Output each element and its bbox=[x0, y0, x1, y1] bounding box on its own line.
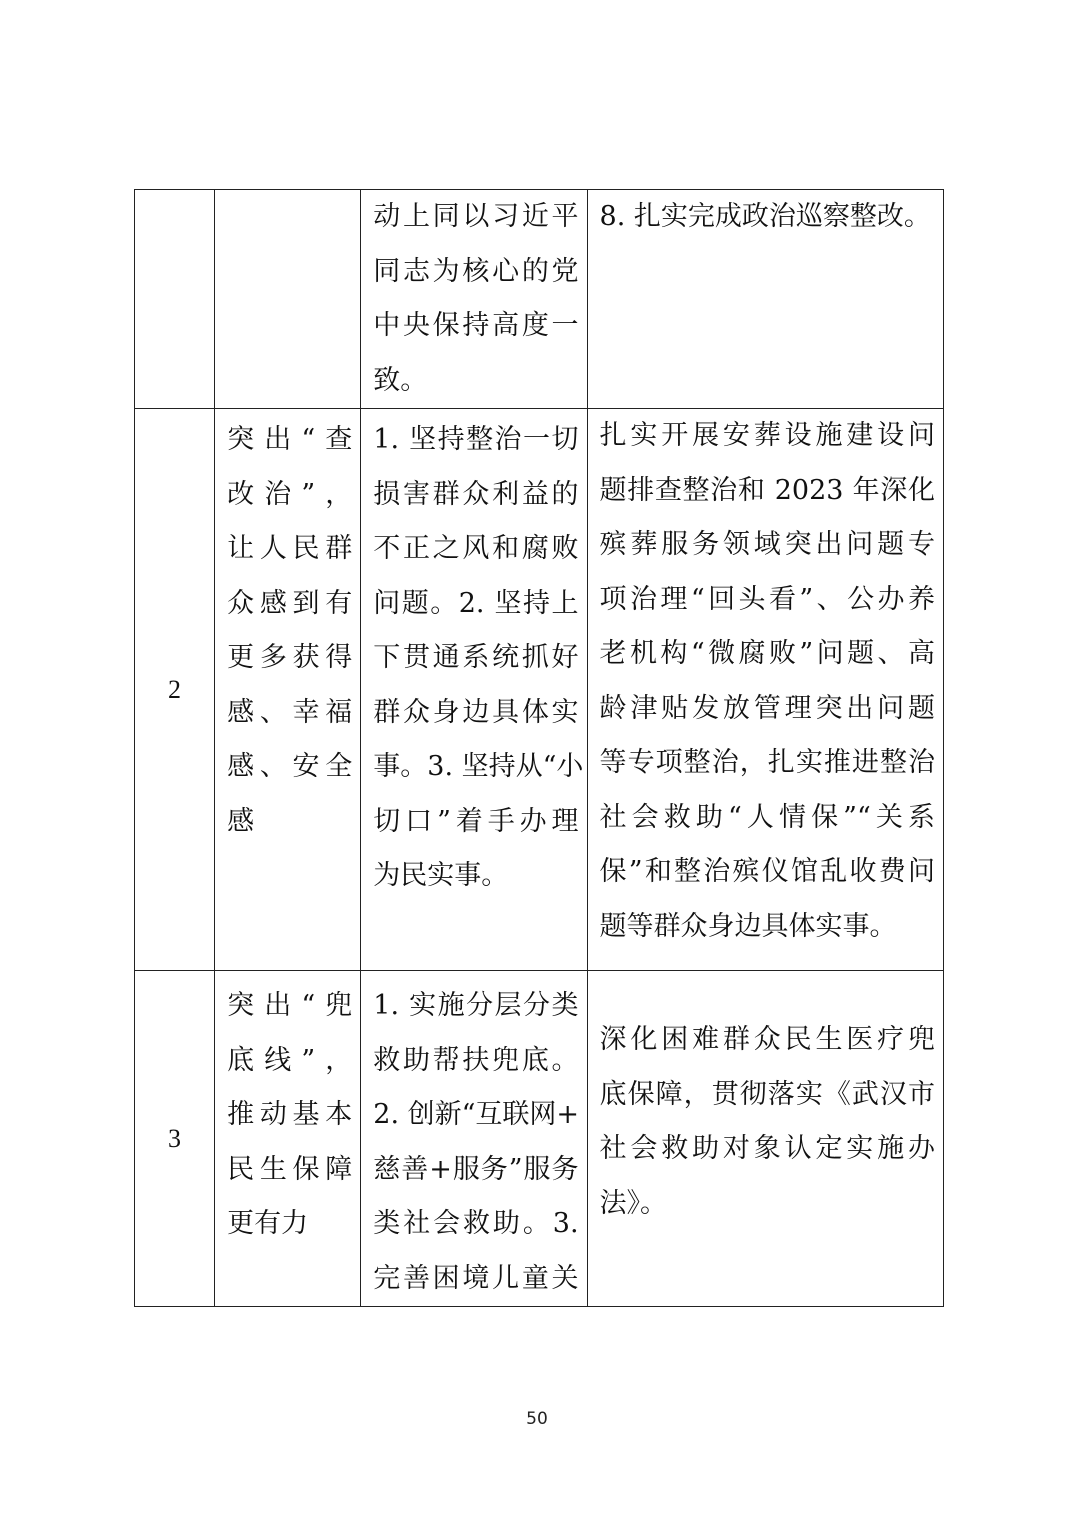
text-line: 题等群众身边具体实事。 bbox=[600, 900, 935, 955]
text-line: 底保障，贯彻落实《武汉市 bbox=[600, 1068, 935, 1123]
table-row: 3 突出“兜 底线”， 推动基本 民生保障 更有力 1. 实施分层分类 救助帮扶… bbox=[135, 971, 944, 1307]
text-line: 同志为核心的党 bbox=[373, 245, 578, 300]
text-line: 感、幸福 bbox=[227, 686, 352, 741]
text-line: 更多获得 bbox=[227, 631, 352, 686]
row-number bbox=[135, 190, 215, 409]
text-line: 致。 bbox=[373, 354, 578, 409]
text-line: 突出“兜 bbox=[227, 979, 352, 1034]
text-line: 更有力 bbox=[227, 1197, 352, 1252]
table-row: 动上同以习近平 同志为核心的党 中央保持高度一 致。 8. 扎实完成政治巡察整改… bbox=[135, 190, 944, 409]
text-line: 1. 实施分层分类 bbox=[373, 979, 578, 1034]
text-line: 改治”， bbox=[227, 468, 352, 523]
text-line: 2. 创新“互联网+ bbox=[373, 1088, 578, 1143]
measure-cell: 动上同以习近平 同志为核心的党 中央保持高度一 致。 bbox=[361, 190, 587, 409]
detail-cell: 扎实开展安葬设施建设问 题排查整治和 2023 年深化 殡葬服务领域突出问题专 … bbox=[587, 409, 943, 971]
detail-cell: 8. 扎实完成政治巡察整改。 bbox=[587, 190, 943, 409]
text-line: 问题。2. 坚持上 bbox=[373, 577, 578, 632]
text-line: 让人民群 bbox=[227, 522, 352, 577]
text-line: 突出“查 bbox=[227, 413, 352, 468]
text-line: 中央保持高度一 bbox=[373, 299, 578, 354]
text-line: 救助帮扶兜底。 bbox=[373, 1034, 578, 1089]
text-line: 扎实开展安葬设施建设问 bbox=[600, 409, 935, 464]
text-line: 深化困难群众民生医疗兜 bbox=[600, 1013, 935, 1068]
text-line: 民生保障 bbox=[227, 1143, 352, 1198]
text-line: 老机构“微腐败”问题、高 bbox=[600, 627, 935, 682]
text-line: 感、安全 bbox=[227, 740, 352, 795]
text-line: 8. 扎实完成政治巡察整改。 bbox=[600, 190, 935, 245]
text-line: 切口”着手办理 bbox=[373, 795, 578, 850]
text-line: 群众身边具体实 bbox=[373, 686, 578, 741]
text-line: 社会救助对象认定实施办 bbox=[600, 1122, 935, 1177]
text-line: 感 bbox=[227, 795, 352, 850]
text-line: 类社会救助。3. bbox=[373, 1197, 578, 1252]
task-title-cell: 突出“查 改治”， 让人民群 众感到有 更多获得 感、幸福 感、安全 感 bbox=[215, 409, 361, 971]
text-line: 殡葬服务领域突出问题专 bbox=[600, 518, 935, 573]
text-line: 法》。 bbox=[600, 1177, 935, 1232]
text-line: 底线”， bbox=[227, 1034, 352, 1089]
text-line: 保”和整治殡仪馆乱收费问 bbox=[600, 845, 935, 900]
detail-cell: 深化困难群众民生医疗兜 底保障，贯彻落实《武汉市 社会救助对象认定实施办 法》。 bbox=[587, 971, 943, 1307]
text-line: 龄津贴发放管理突出问题 bbox=[600, 682, 935, 737]
text-line: 下贯通系统抓好 bbox=[373, 631, 578, 686]
row-number: 3 bbox=[135, 971, 215, 1307]
text-line: 社会救助“人情保”“关系 bbox=[600, 791, 935, 846]
text-line: 不正之风和腐败 bbox=[373, 522, 578, 577]
task-title-cell bbox=[215, 190, 361, 409]
text-line: 等专项整治，扎实推进整治 bbox=[600, 736, 935, 791]
text-line: 题排查整治和 2023 年深化 bbox=[600, 464, 935, 519]
page-number: 50 bbox=[0, 1409, 1074, 1429]
text-line: 完善困境儿童关 bbox=[373, 1252, 578, 1307]
measure-cell: 1. 实施分层分类 救助帮扶兜底。 2. 创新“互联网+ 慈善+服务”服务 类社… bbox=[361, 971, 587, 1307]
measure-cell: 1. 坚持整治一切 损害群众利益的 不正之风和腐败 问题。2. 坚持上 下贯通系… bbox=[361, 409, 587, 971]
text-line: 慈善+服务”服务 bbox=[373, 1143, 578, 1198]
text-line: 推动基本 bbox=[227, 1088, 352, 1143]
text-line: 项治理“回头看”、公办养 bbox=[600, 573, 935, 628]
table-row: 2 突出“查 改治”， 让人民群 众感到有 更多获得 感、幸福 感、安全 感 1… bbox=[135, 409, 944, 971]
text-line: 损害群众利益的 bbox=[373, 468, 578, 523]
text-line: 事。3. 坚持从“小 bbox=[373, 740, 578, 795]
row-number: 2 bbox=[135, 409, 215, 971]
text-line: 众感到有 bbox=[227, 577, 352, 632]
text-line: 1. 坚持整治一切 bbox=[373, 413, 578, 468]
text-line: 为民实事。 bbox=[373, 849, 578, 904]
policy-table: 动上同以习近平 同志为核心的党 中央保持高度一 致。 8. 扎实完成政治巡察整改… bbox=[134, 189, 944, 1307]
task-title-cell: 突出“兜 底线”， 推动基本 民生保障 更有力 bbox=[215, 971, 361, 1307]
text-line: 动上同以习近平 bbox=[373, 190, 578, 245]
